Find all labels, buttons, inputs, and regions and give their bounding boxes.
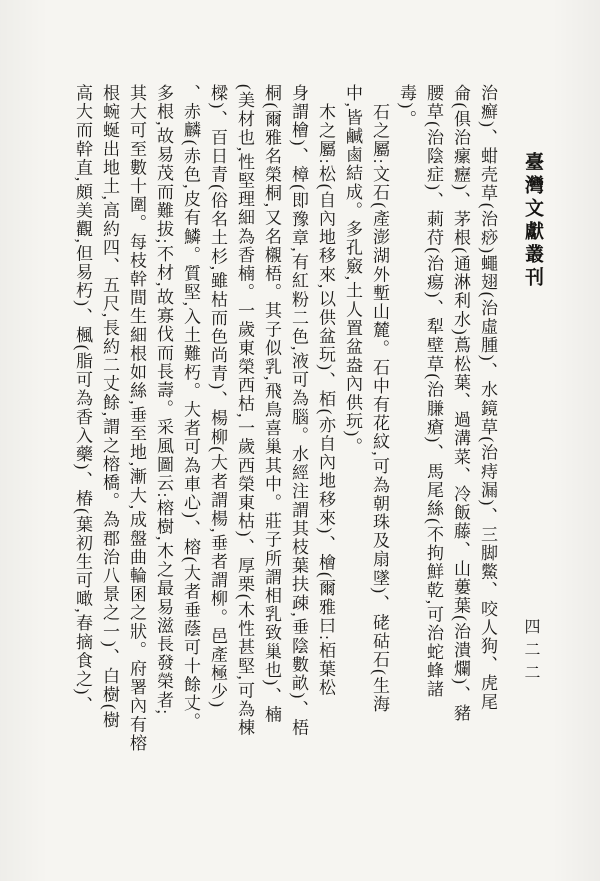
page-number: 四二二 <box>519 618 542 687</box>
text-column-2: 侖(俱治瘰癧)、茅根(通淋利水)蔦松葉、過溝菜、冷飯藤、山蔞葉(治潰爛)、豬 <box>447 84 474 826</box>
text-column-6: 中,皆鹹鹵結成。多孔竅,土人置盆盎內供玩)。 <box>339 84 366 826</box>
text-column-3: 腰草(治陰症)、莿苻(治瘍)、犁壁草(治膁瘡)、馬尾絲(不拘鮮乾,可治蛇蜂諸 <box>420 84 447 826</box>
text-column-15: 根蜿蜒出地土,高約四、五尺,長約二丈餘,謂之榕橋。為郡治八景之一)、白樹(樹 <box>96 84 123 826</box>
text-column-11: 樑)、百日青(俗名土杉,雖枯而色尚青)、楊柳(大者謂楊,垂者謂柳。邑產極少) <box>204 84 231 826</box>
text-column-1: 治癬)、蚶壳草(治痧)蠅翅(治虛腫)、水鏡草(治痔漏)、三脚鱉、咬人狗、虎尾 <box>474 84 501 826</box>
text-column-10: (美材也,性堅理細為香楠。一歲東榮西枯,一歲西榮東枯)、厚栗(木性甚堅,可為棟 <box>231 84 258 826</box>
text-column-14: 其大可至數十圍。每枝幹間生細根如絲,垂至地,漸大,成盤曲輪囷之狀。府署內有榕 <box>123 84 150 826</box>
text-block: 治癬)、蚶壳草(治痧)蠅翅(治虛腫)、水鏡草(治痔漏)、三脚鱉、咬人狗、虎尾 侖… <box>68 84 501 826</box>
text-column-5-section-stones: 石之屬:文石(產澎湖外塹山麓。石中有花紋,可為朝珠及扇墜)、硓𥑮石(生海 <box>366 84 393 826</box>
scanned-book-page: 臺灣文獻叢刊 四二二 治癬)、蚶壳草(治痧)蠅翅(治虛腫)、水鏡草(治痔漏)、三… <box>0 0 600 881</box>
text-column-12: 、赤麟(赤色,皮有鱗。質堅,入土難朽。大者可為車心)、榕(大者垂蔭可十餘丈。 <box>177 84 204 826</box>
text-column-13: 多根,故易茂而難拔;不材,故寡伐而長壽。采風圖云:榕樹,木之最易滋長發榮者; <box>150 84 177 826</box>
text-column-4: 毒)。 <box>393 84 420 826</box>
text-column-7-section-trees: 木之屬:松(自內地移來,以供盆玩)、栢(亦自內地移來)、檜(爾雅曰:栢葉松 <box>312 84 339 826</box>
text-column-16: 高大而幹直,頗美觀,但易朽)、楓(脂可為香入藥)、椿(葉初生可噉,春摘食之)、 <box>69 84 96 826</box>
series-title: 臺灣文獻叢刊 <box>519 152 546 290</box>
text-column-8: 身謂檜)、樟(即豫章,有紅粉二色,液可為腦。水經注謂其枝葉扶疎,垂陰數畝)、梧 <box>285 84 312 826</box>
text-column-9: 桐(爾雅名榮桐,又名櫬梧。其子似乳,飛鳥喜巢其中。莊子所謂相乳致巢也)、楠 <box>258 84 285 826</box>
